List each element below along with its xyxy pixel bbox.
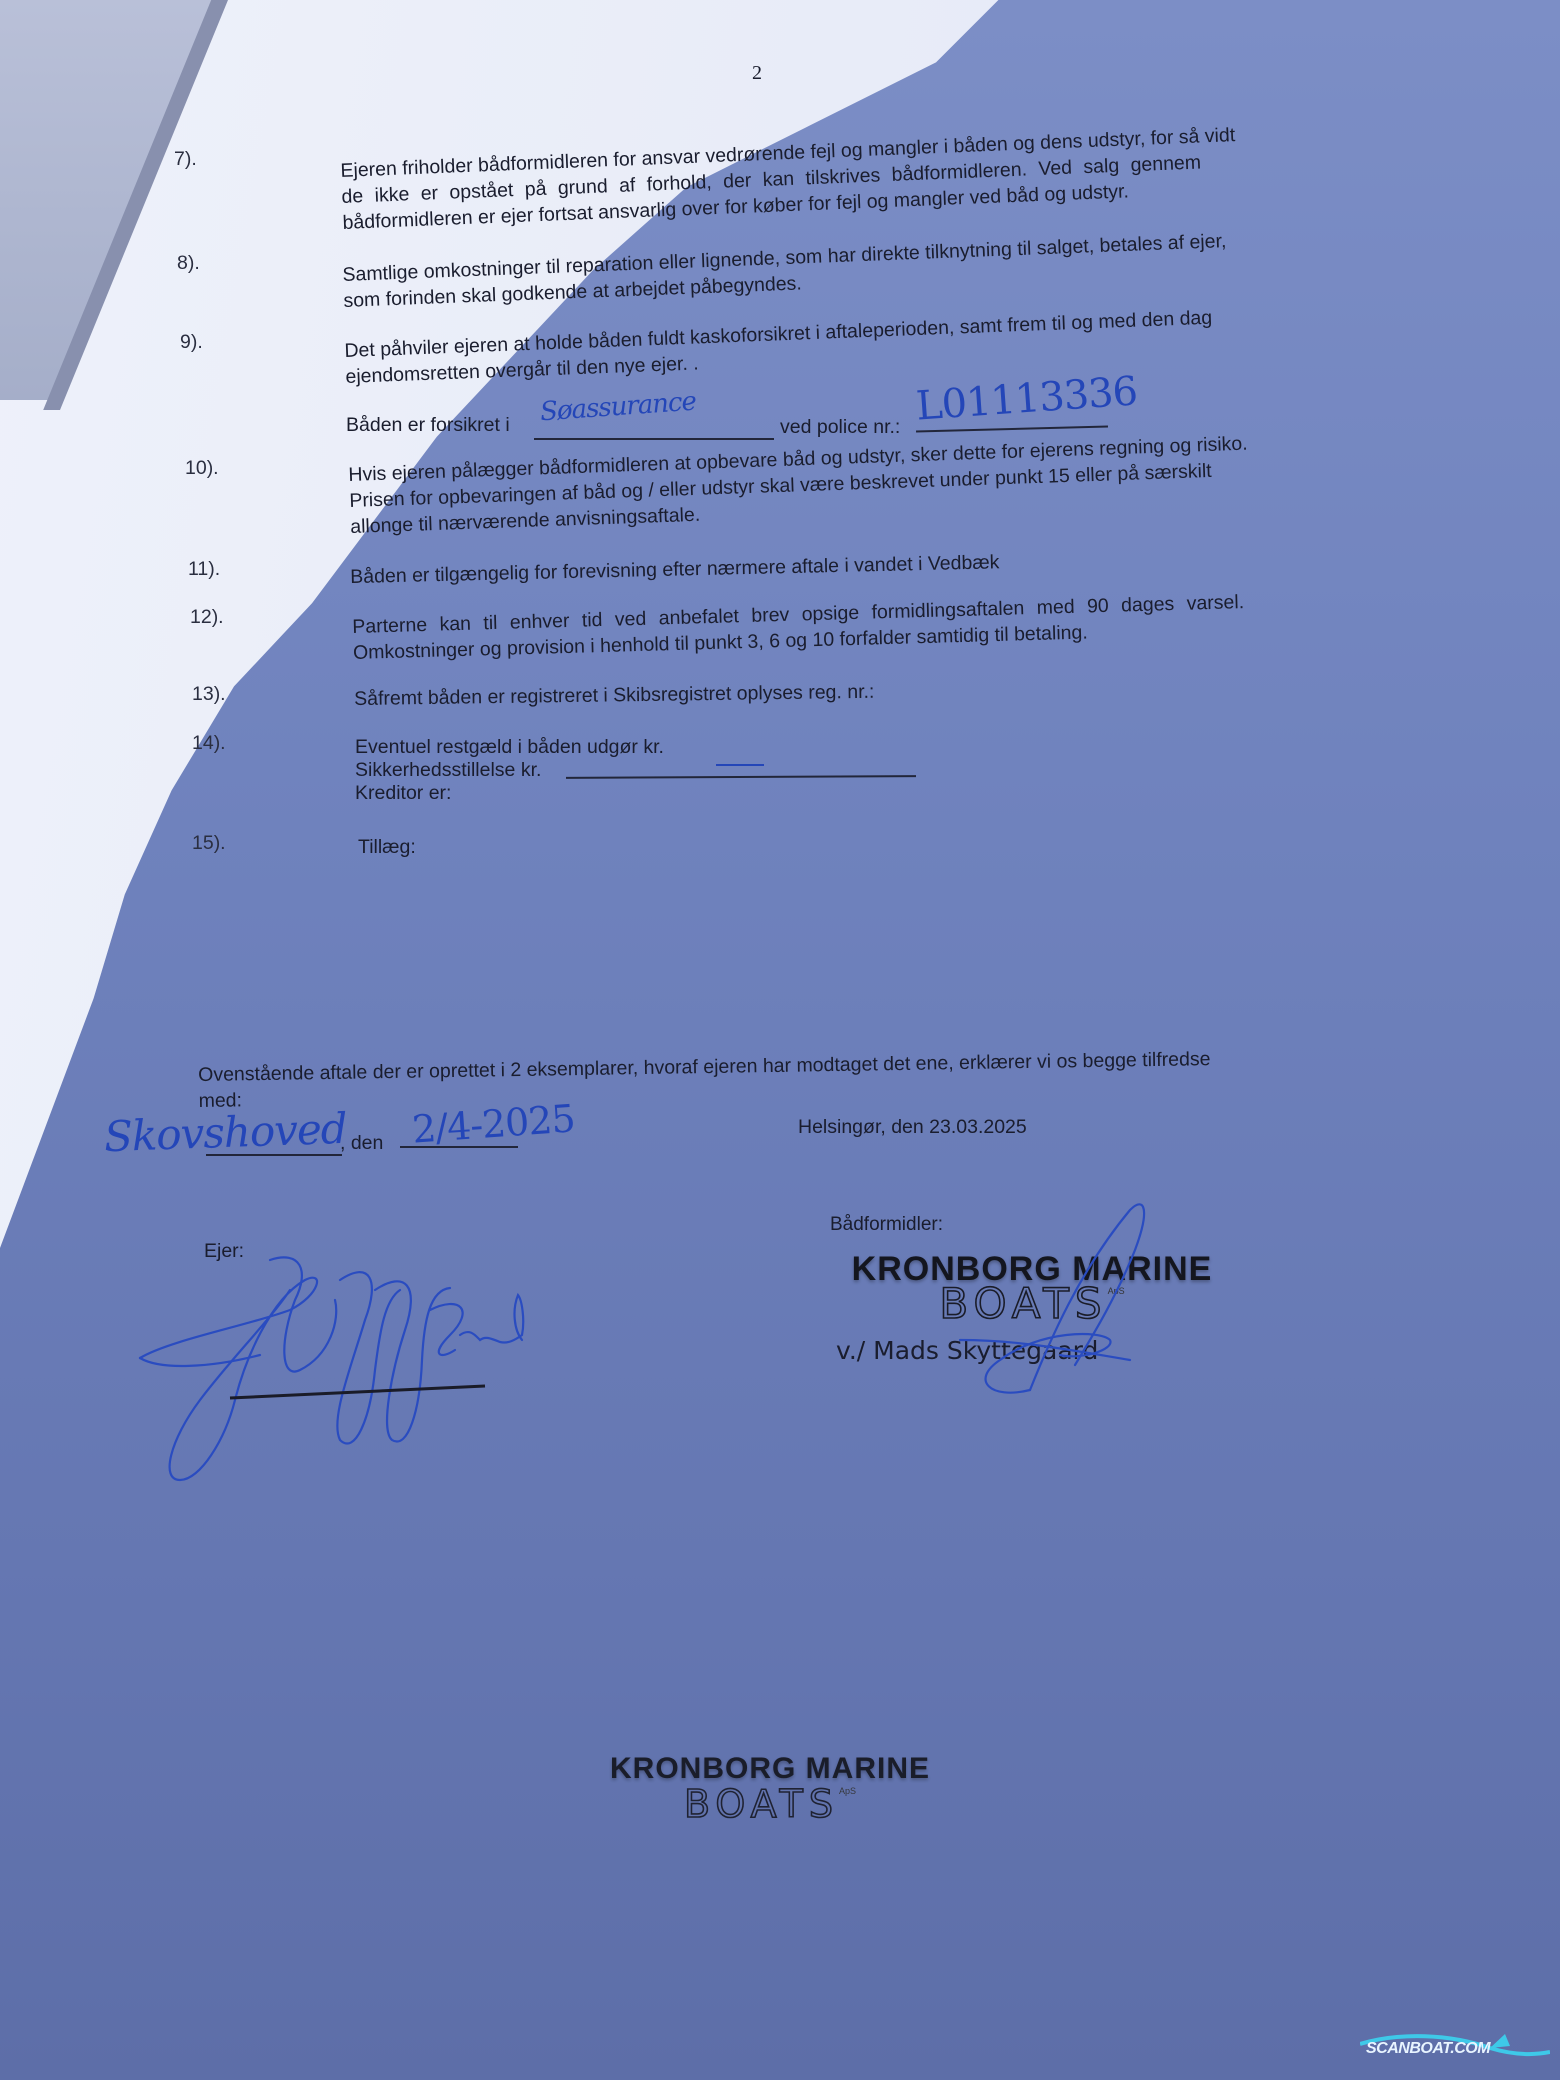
clause-10: Hvis ejeren pålægger bådformidleren at o… xyxy=(348,431,1250,540)
clause-line: Såfremt båden er registreret i Skibsregi… xyxy=(354,679,875,712)
footer-logo: KRONBORG MARINE BOATSApS xyxy=(560,1752,980,1822)
dash-handwritten xyxy=(716,764,764,766)
clause-number: 13). xyxy=(192,683,226,706)
clause-number: 7). xyxy=(174,148,197,171)
clause-line: Kreditor er: xyxy=(355,782,664,805)
insurance-label: Båden er forsikret i xyxy=(346,412,510,438)
clause-12: Parterne kan til enhver tid ved anbefale… xyxy=(352,589,1245,666)
policy-number-handwritten: L01113336 xyxy=(915,368,1139,429)
clause-line: Tillæg: xyxy=(358,834,416,860)
closing-statement: Ovenstående aftale der er oprettet i 2 e… xyxy=(198,1046,1211,1114)
logo-suffix: ApS xyxy=(839,1786,856,1796)
logo-line2: BOATS xyxy=(684,1782,839,1826)
clause-line: Eventuel restgæld i båden udgør kr. xyxy=(355,736,664,759)
clause-13: Såfremt båden er registreret i Skibsregi… xyxy=(354,679,875,712)
boat-fin-icon xyxy=(1490,2034,1510,2048)
contract-page: 2 7). Ejeren friholder bådformidleren fo… xyxy=(0,0,1560,2080)
logo-line1: KRONBORG MARINE xyxy=(560,1752,980,1786)
clause-number: 10). xyxy=(185,457,219,480)
clause-14: Eventuel restgæld i båden udgør kr. Sikk… xyxy=(355,736,664,805)
clause-number: 8). xyxy=(177,252,200,275)
clause-number: 15). xyxy=(192,832,226,855)
clause-11: Båden er tilgængelig for forevisning eft… xyxy=(350,549,1000,590)
clause-number: 12). xyxy=(190,606,224,629)
clause-number: 11). xyxy=(188,558,220,581)
clause-15: Tillæg: xyxy=(358,834,416,860)
insurer-underline xyxy=(534,438,774,440)
clause-number: 14). xyxy=(192,732,226,755)
insurer-handwritten: Søassurance xyxy=(539,387,697,428)
scanboat-watermark: SCANBOAT.COM xyxy=(1360,2030,1550,2070)
date-underline xyxy=(400,1146,518,1148)
clause-8: Samtlige omkostninger til reparation ell… xyxy=(342,228,1228,314)
broker-place-date: Helsingør, den 23.03.2025 xyxy=(798,1114,1027,1140)
clause-number: 9). xyxy=(180,331,203,354)
clause-line: Båden er tilgængelig for forevisning eft… xyxy=(350,549,1000,590)
page-number: 2 xyxy=(752,62,762,85)
owner-place-handwritten: Skovshoved xyxy=(103,1104,347,1161)
clause-7: Ejeren friholder bådformidleren for ansv… xyxy=(340,122,1238,236)
place-underline xyxy=(206,1154,342,1156)
policy-label: ved police nr.: xyxy=(780,414,900,440)
den-label: , den xyxy=(340,1130,383,1156)
watermark-text: SCANBOAT.COM xyxy=(1366,2040,1490,2058)
clause-line: Sikkerhedsstillelse kr. xyxy=(355,759,664,782)
